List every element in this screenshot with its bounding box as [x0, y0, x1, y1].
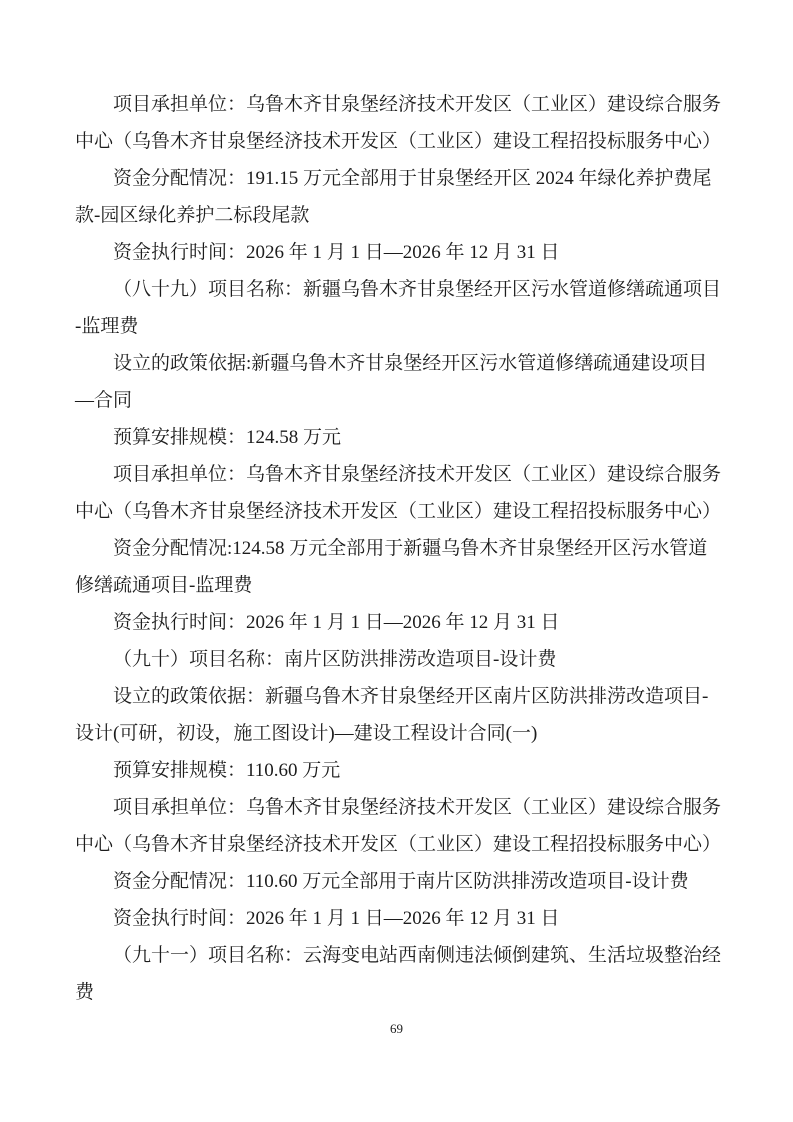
text-block: 项目承担单位：乌鲁木齐甘泉堡经济技术开发区（工业区）建设综合服务中心（乌鲁木齐甘…	[75, 86, 723, 1011]
text-line: 预算安排规模：110.60 万元	[75, 752, 723, 789]
text-line: —合同	[75, 382, 723, 419]
text-line: 设立的政策依据:新疆乌鲁木齐甘泉堡经开区污水管道修缮疏通建设项目	[75, 345, 723, 382]
page-number: 69	[390, 1021, 403, 1036]
text-line: -监理费	[75, 308, 723, 345]
text-line: 资金分配情况:124.58 万元全部用于新疆乌鲁木齐甘泉堡经开区污水管道	[75, 530, 723, 567]
text-line: 修缮疏通项目-监理费	[75, 567, 723, 604]
page-footer: 69	[0, 1020, 793, 1038]
text-line: 项目承担单位：乌鲁木齐甘泉堡经济技术开发区（工业区）建设综合服务	[75, 789, 723, 826]
text-line: 中心（乌鲁木齐甘泉堡经济技术开发区（工业区）建设工程招投标服务中心）	[75, 493, 723, 530]
text-line: （九十一）项目名称：云海变电站西南侧违法倾倒建筑、生活垃圾整治经	[75, 937, 723, 974]
text-line: 款-园区绿化养护二标段尾款	[75, 197, 723, 234]
text-line: 资金执行时间：2026 年 1 月 1 日—2026 年 12 月 31 日	[75, 604, 723, 641]
text-line: 中心（乌鲁木齐甘泉堡经济技术开发区（工业区）建设工程招投标服务中心）	[75, 826, 723, 863]
text-line: （八十九）项目名称：新疆乌鲁木齐甘泉堡经开区污水管道修缮疏通项目	[75, 271, 723, 308]
text-line: 预算安排规模：124.58 万元	[75, 419, 723, 456]
document-page: 项目承担单位：乌鲁木齐甘泉堡经济技术开发区（工业区）建设综合服务中心（乌鲁木齐甘…	[0, 0, 793, 1122]
text-line: 资金执行时间：2026 年 1 月 1 日—2026 年 12 月 31 日	[75, 900, 723, 937]
text-line: 项目承担单位：乌鲁木齐甘泉堡经济技术开发区（工业区）建设综合服务	[75, 86, 723, 123]
text-line: 项目承担单位：乌鲁木齐甘泉堡经济技术开发区（工业区）建设综合服务	[75, 456, 723, 493]
text-line: 中心（乌鲁木齐甘泉堡经济技术开发区（工业区）建设工程招投标服务中心）	[75, 123, 723, 160]
text-line: 资金分配情况：191.15 万元全部用于甘泉堡经开区 2024 年绿化养护费尾	[75, 160, 723, 197]
text-line: （九十）项目名称：南片区防洪排涝改造项目-设计费	[75, 641, 723, 678]
text-line: 资金分配情况：110.60 万元全部用于南片区防洪排涝改造项目-设计费	[75, 863, 723, 900]
text-line: 设立的政策依据：新疆乌鲁木齐甘泉堡经开区南片区防洪排涝改造项目-	[75, 678, 723, 715]
text-line: 费	[75, 974, 723, 1011]
text-line: 设计(可研，初设，施工图设计)—建设工程设计合同(一)	[75, 715, 723, 752]
text-line: 资金执行时间：2026 年 1 月 1 日—2026 年 12 月 31 日	[75, 234, 723, 271]
